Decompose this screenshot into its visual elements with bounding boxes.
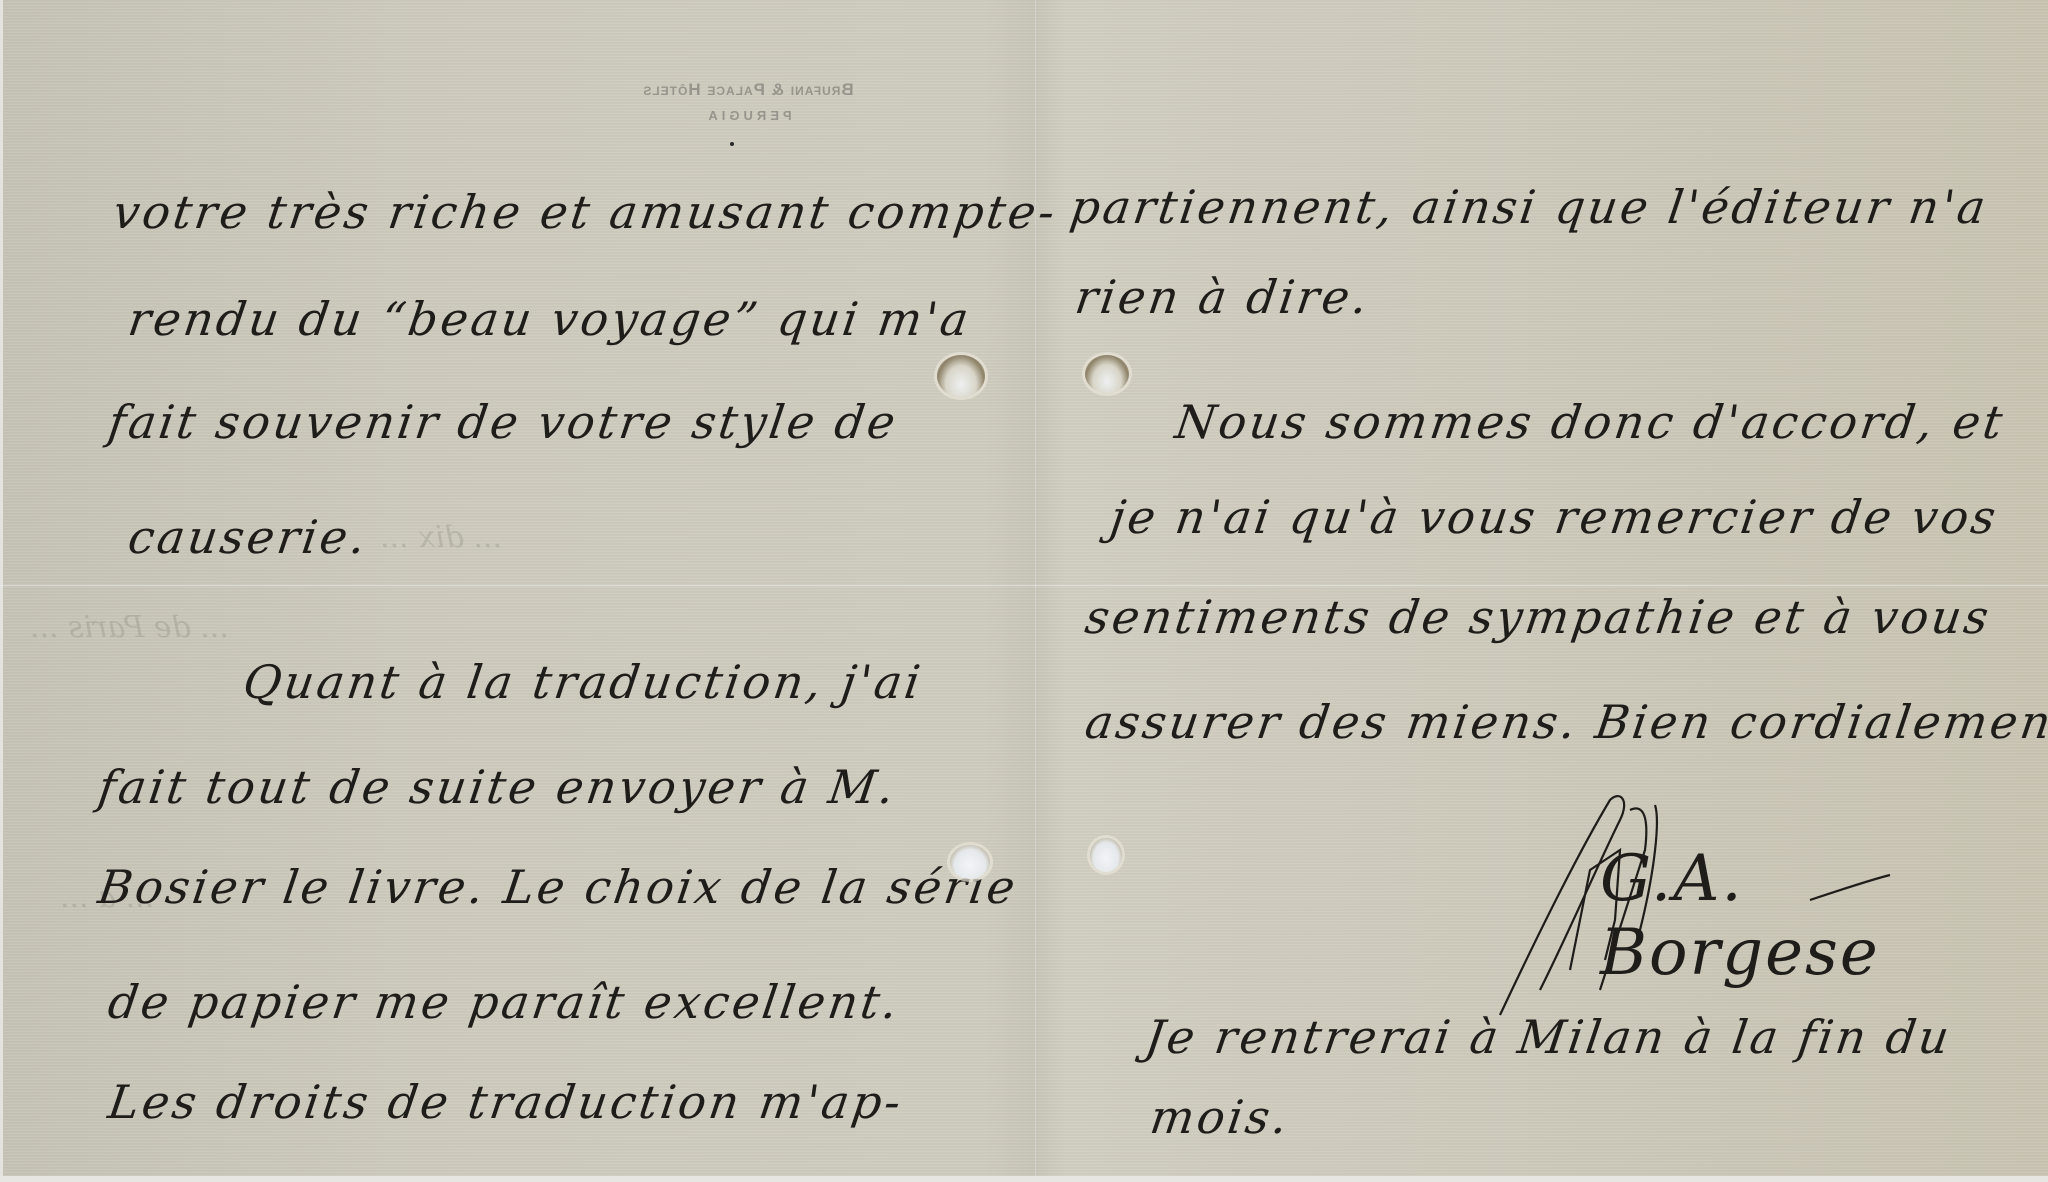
punch-hole	[1090, 838, 1122, 872]
letter-line: fait souvenir de votre style de	[105, 395, 902, 449]
punch-hole	[950, 845, 990, 879]
background-strip	[0, 1176, 2048, 1182]
letter-line: sentiments de sympathie et à vous	[1082, 590, 1995, 644]
letter-line: votre très riche et amusant compte-	[110, 185, 1061, 239]
letter-line: je n'ai qu'à vous remercier de vos	[1107, 490, 2002, 544]
signature: G.A. Borgese	[1480, 790, 1940, 1020]
letter-line: fait tout de suite envoyer à M.	[95, 760, 900, 814]
left-page: votre très riche et amusant compte- rend…	[0, 0, 1034, 1176]
letter-line: Les droits de traduction m'ap-	[105, 1075, 907, 1129]
punch-hole-torn	[1085, 355, 1129, 393]
letter-line: assurer des miens. Bien cordialement,	[1082, 695, 2048, 749]
letter-line: de papier me paraît excellent.	[105, 975, 904, 1029]
letter-line: partiennent, ainsi que l'éditeur n'a	[1067, 180, 1992, 234]
letter-line: Bosier le livre. Le choix de la série	[95, 860, 1021, 914]
letter-line: Nous sommes donc d'accord, et	[1172, 395, 2009, 449]
letter-line: rien à dire.	[1072, 270, 1374, 324]
letter-line: mois.	[1147, 1090, 1294, 1144]
punch-hole-torn	[937, 355, 985, 397]
letter-line: causerie.	[125, 510, 372, 564]
letter-line: rendu du “beau voyage” qui m'a	[125, 292, 975, 346]
letter-line: Quant à la traduction, j'ai	[240, 655, 926, 709]
signature-name: G.A. Borgese	[1600, 842, 1940, 990]
